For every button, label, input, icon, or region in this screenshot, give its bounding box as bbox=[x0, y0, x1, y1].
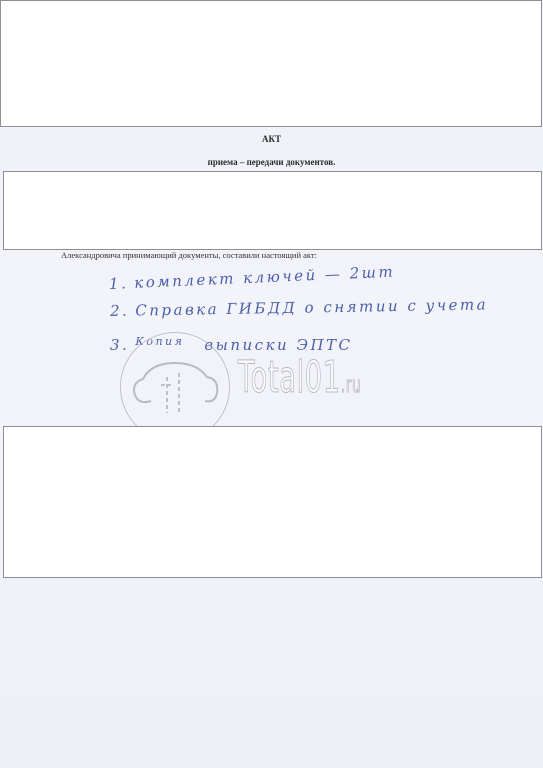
handwritten-item-1: 1.комплект ключей — 2шт bbox=[109, 263, 396, 293]
handwritten-item-3: 3.Копиявыписки ЭПТС bbox=[110, 336, 353, 354]
item-text: Справка ГИБДД о снятии с учета bbox=[135, 295, 488, 319]
item-text: выписки ЭПТС bbox=[204, 336, 352, 354]
act-intro-text: Александровича принимающий документы, со… bbox=[61, 250, 317, 260]
item-prefix: Копия bbox=[135, 335, 184, 348]
redacted-signature-block bbox=[3, 426, 542, 578]
document-subtitle: приема – передачи документов. bbox=[0, 157, 543, 167]
handwritten-item-2: 2.Справка ГИБДД о снятии с учета bbox=[110, 295, 488, 320]
document-title: АКТ bbox=[0, 134, 543, 144]
redacted-header-block bbox=[0, 0, 542, 127]
redacted-parties-block bbox=[3, 171, 542, 250]
item-number: 2. bbox=[110, 302, 130, 320]
item-number: 1. bbox=[109, 274, 129, 293]
item-number: 3. bbox=[110, 336, 129, 354]
item-text: комплект ключей — 2шт bbox=[134, 263, 396, 292]
watermark-brand: Total01.ru bbox=[238, 352, 361, 403]
